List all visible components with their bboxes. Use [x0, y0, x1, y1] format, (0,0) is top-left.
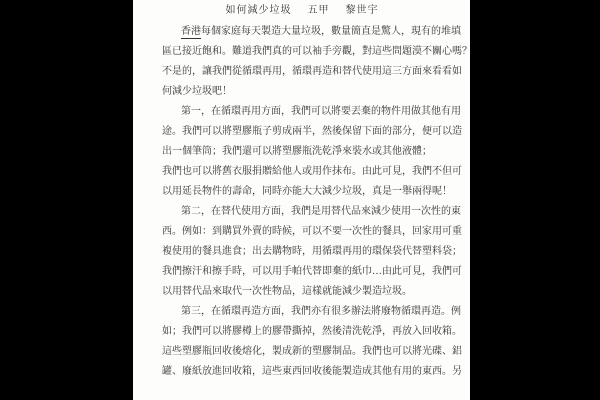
document-line: 這些塑膠瓶回收後熔化，製成新的塑膠制品。我們也可以將光碟、鋁: [162, 342, 442, 362]
document-line: 第二，在替代使用方面，我們是用替代品來減少使用一次性的東: [162, 202, 442, 222]
text-segment: 第三，在循環再造方面，我們亦有很多辦法將廢物循環再造。例: [181, 306, 461, 317]
document-content: 如何減少垃圾五甲黎世宇 香港每個家庭每天製造大量垃圾，數量簡直是驚人，現有的堆填…: [162, 0, 442, 382]
text-segment: 每個家庭每天製造大量垃圾，數量簡直是驚人，現有的堆填: [201, 26, 461, 37]
right-letterbox-bar: [470, 0, 600, 400]
text-segment: 這些塑膠瓶回收後熔化，製成新的塑膠制品。我們也可以將光碟、鋁: [162, 346, 462, 357]
document-line: 區已接近飽和。難道我們真的可以袖手旁觀，對這些問題漠不關心嗎？: [162, 42, 442, 62]
text-segment: 西。例如：到購買外賣的時候，可以不要一次性的餐具，回家用可重: [162, 226, 462, 237]
document-line: 途。我們可以將塑膠瓶子剪成兩半，然後保留下面的部分，便可以造: [162, 122, 442, 142]
document-title: 如何減少垃圾五甲黎世宇: [162, 0, 442, 22]
document-line: 第三，在循環再造方面，我們亦有很多辦法將廢物循環再造。例: [162, 302, 442, 322]
document-body: 香港每個家庭每天製造大量垃圾，數量簡直是驚人，現有的堆填區已接近飽和。難道我們真…: [162, 22, 442, 382]
viewer-background: 如何減少垃圾五甲黎世宇 香港每個家庭每天製造大量垃圾，數量簡直是驚人，現有的堆填…: [0, 0, 600, 400]
document-line: 我們擦汗和擦手時，可以用手帕代替即棄的紙巾…由此可見，我們可: [162, 262, 442, 282]
title-author: 黎世宇: [346, 5, 379, 16]
document-line: 如；我們可以將膠樽上的膠帶撕掉，然後清洗乾淨，再放入回收箱。: [162, 322, 442, 342]
document-line: 以用延長物件的壽命，同時亦能大大減少垃圾，真是一舉兩得呢！: [162, 182, 442, 202]
document-line: 罐、廢紙放進回收箱，這些東西回收後能製造成其他有用的東西。另: [162, 362, 442, 382]
text-segment: 不是的，讓我們從循環再用，循環再造和替代使用這三方面來看看如: [162, 66, 462, 77]
text-segment: 罐、廢紙放進回收箱，這些東西回收後能製造成其他有用的東西。另: [162, 366, 462, 377]
text-segment: 第二，在替代使用方面，我們是用替代品來減少使用一次性的東: [181, 206, 461, 217]
text-segment: 我們也可以將舊衣服捐贈給他人或用作抹布。由此可見，我們不但可: [162, 166, 462, 177]
document-line: 何減少垃圾吧！: [162, 82, 442, 102]
document-line: 以用替代品來取代一次性物品，這樣就能減少製造垃圾。: [162, 282, 442, 302]
text-segment: 區已接近飽和。難道我們真的可以袖手旁觀，對這些問題漠不關心嗎？: [162, 46, 472, 57]
text-segment: 如；我們可以將膠樽上的膠帶撕掉，然後清洗乾淨，再放入回收箱。: [162, 326, 462, 337]
document-line: 我們也可以將舊衣服捐贈給他人或用作抹布。由此可見，我們不但可: [162, 162, 442, 182]
text-segment: 以用延長物件的壽命，同時亦能大大減少垃圾，真是一舉兩得呢！: [162, 186, 452, 197]
document-line: 出一個筆筒；我們還可以將塑膠瓶洗乾淨來裝水或其他液體；: [162, 142, 442, 162]
document-line: 西。例如：到購買外賣的時候，可以不要一次性的餐具，回家用可重: [162, 222, 442, 242]
title-text: 如何減少垃圾: [226, 5, 292, 16]
text-segment: 途。我們可以將塑膠瓶子剪成兩半，然後保留下面的部分，便可以造: [162, 126, 462, 137]
text-segment: 以用替代品來取代一次性物品，這樣就能減少製造垃圾。: [162, 286, 412, 297]
text-segment: 第一，在循環再用方面，我們可以將要丟棄的物件用做其他有用: [181, 106, 461, 117]
document-line: 香港每個家庭每天製造大量垃圾，數量簡直是驚人，現有的堆填: [162, 22, 442, 42]
document-line: 複使用的餐具進食；出去購物時，用循環再用的環保袋代替塑料袋；: [162, 242, 442, 262]
underlined-proper-noun: 香港: [181, 26, 201, 39]
left-letterbox-bar: [0, 0, 133, 400]
text-segment: 我們擦汗和擦手時，可以用手帕代替即棄的紙巾…由此可見，我們可: [162, 266, 462, 277]
text-segment: 出一個筆筒；我們還可以將塑膠瓶洗乾淨來裝水或其他液體；: [162, 146, 432, 157]
title-class-name: 五甲: [308, 5, 330, 16]
text-segment: 複使用的餐具進食；出去購物時，用循環再用的環保袋代替塑料袋；: [162, 246, 462, 257]
document-line: 第一，在循環再用方面，我們可以將要丟棄的物件用做其他有用: [162, 102, 442, 122]
document-page: 如何減少垃圾五甲黎世宇 香港每個家庭每天製造大量垃圾，數量簡直是驚人，現有的堆填…: [133, 0, 470, 400]
document-line: 不是的，讓我們從循環再用，循環再造和替代使用這三方面來看看如: [162, 62, 442, 82]
text-segment: 何減少垃圾吧！: [162, 86, 232, 97]
